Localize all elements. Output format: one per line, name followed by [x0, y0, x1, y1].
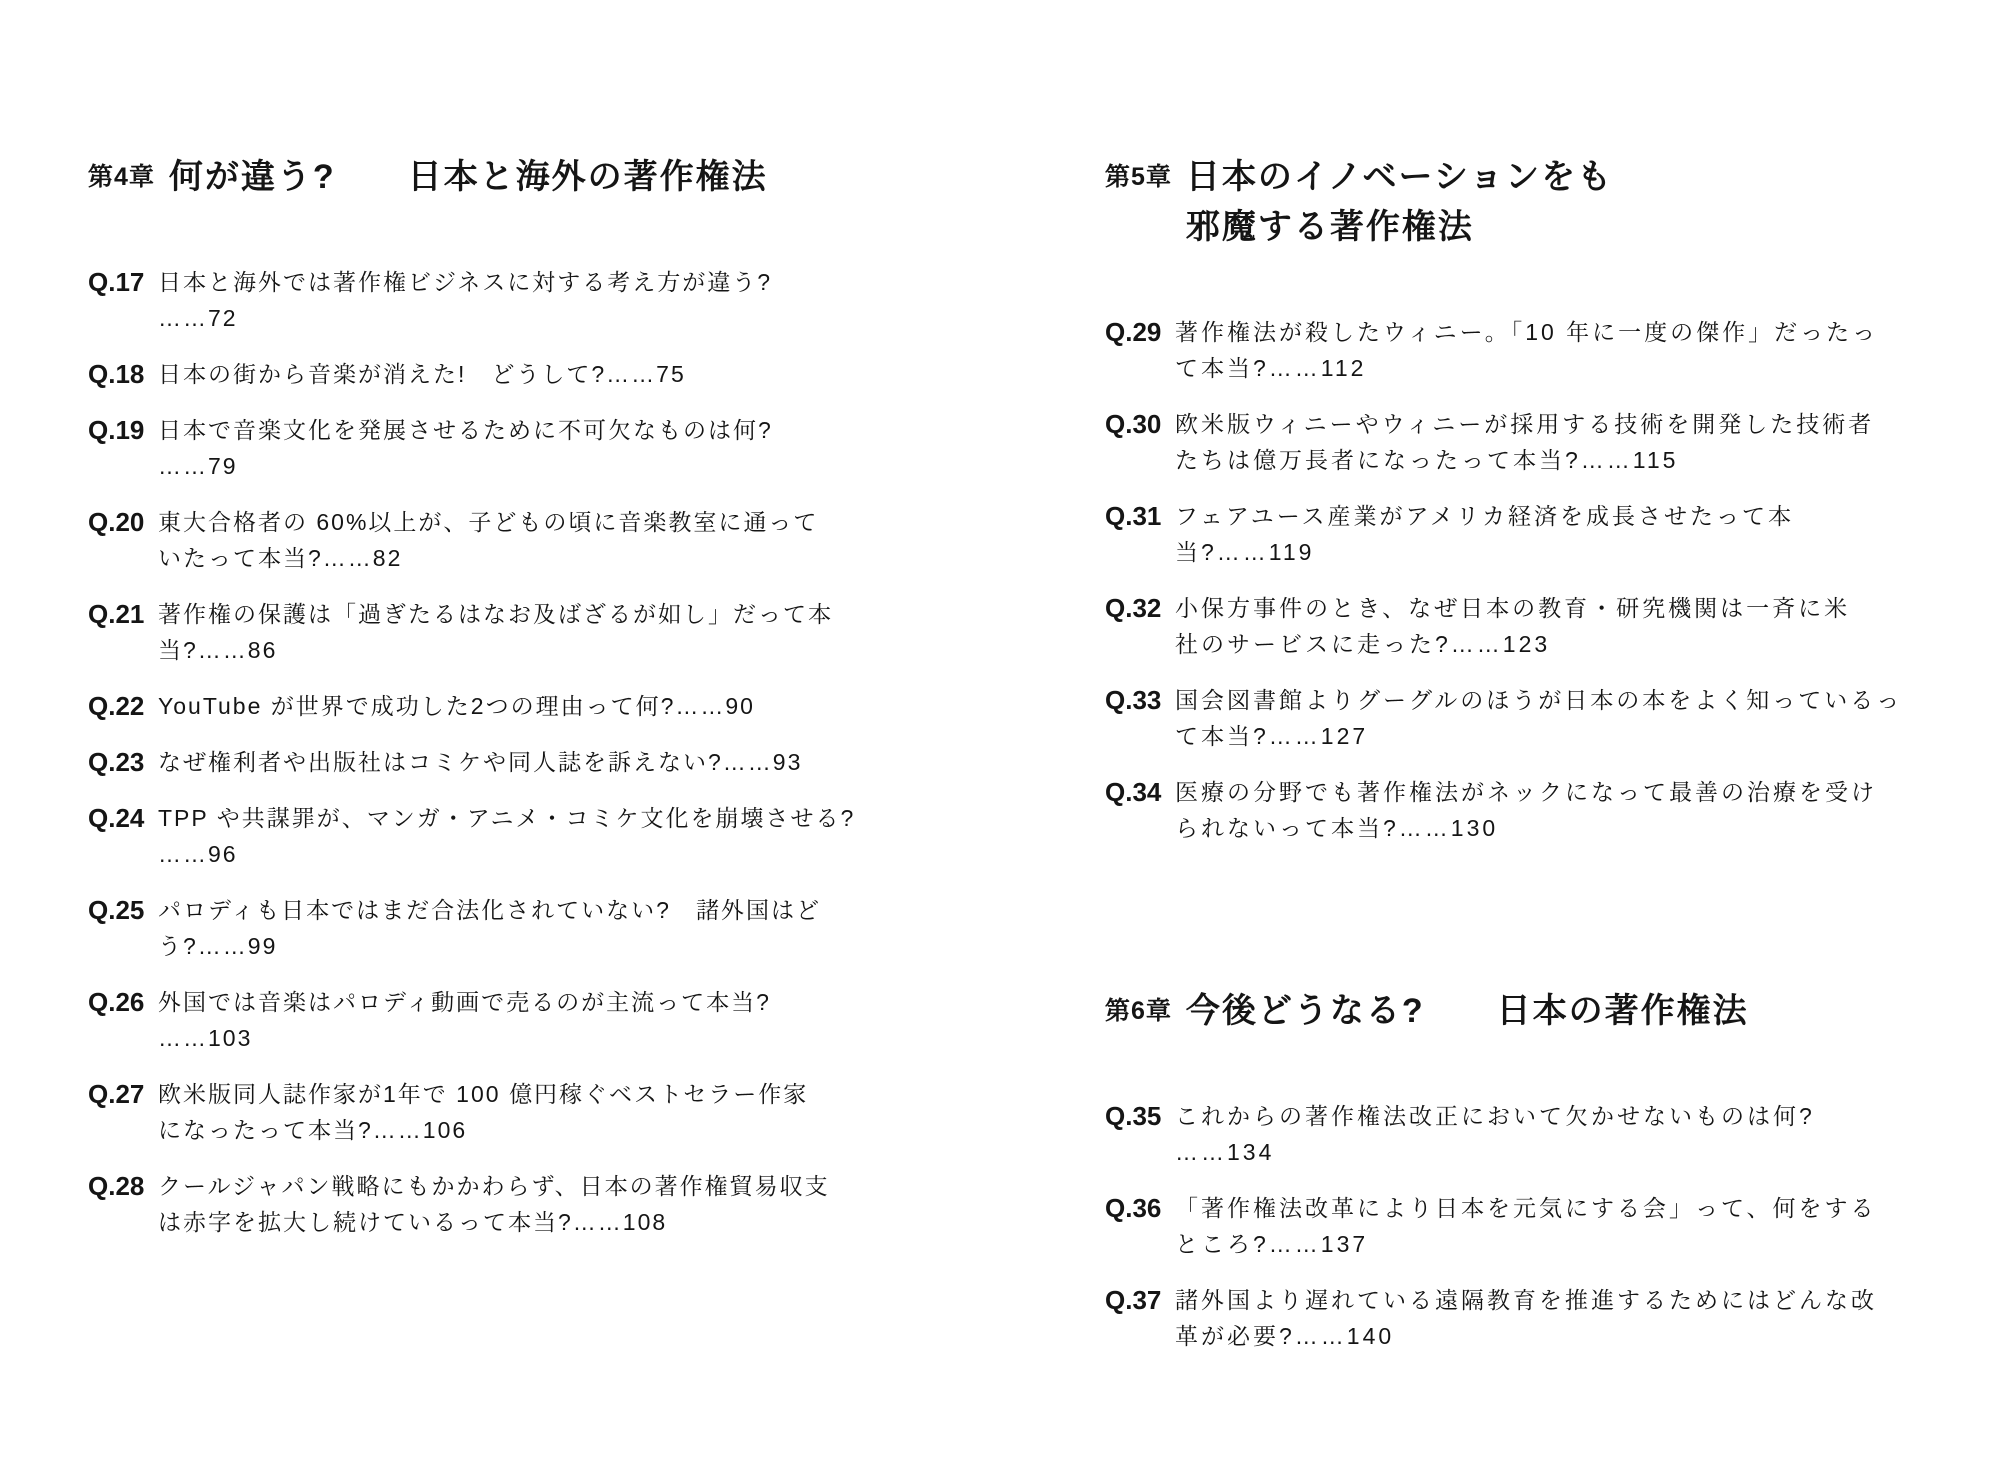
toc-entry-line: パロディも日本ではまだ合法化されていない? 諸外国はど	[158, 892, 821, 928]
toc-entry-text: なぜ権利者や出版社はコミケや同人誌を訴えない?……93	[158, 744, 802, 780]
toc-entry: Q.36「著作権法改革により日本を元気にする会」って、何をするところ?……137	[1105, 1190, 1985, 1262]
toc-entry: Q.21著作権の保護は「過ぎたるはなお及ばざるが如し」だって本当?……86	[88, 596, 948, 668]
toc-entry-line: られないって本当?……130	[1175, 810, 1877, 846]
toc-entry-line: 欧米版ウィニーやウィニーが採用する技術を開発した技術者	[1175, 406, 1874, 442]
toc-entry-number: Q.18	[88, 356, 158, 392]
toc-column-left: 第4章何が違う? 日本と海外の著作権法Q.17日本と海外では著作権ビジネスに対す…	[88, 152, 948, 1260]
chapter-title: 今後どうなる? 日本の著作権法	[1186, 986, 1749, 1036]
toc-entry-line: ところ?……137	[1175, 1226, 1877, 1262]
toc-entry-line: 著作権法が殺したウィニー。「10 年に一度の傑作」だったっ	[1175, 314, 1878, 350]
toc-entry-line: ……79	[158, 448, 773, 484]
toc-entry-number: Q.37	[1105, 1282, 1175, 1318]
chapter-title-line: 日本のイノベーションをも	[1186, 152, 1613, 202]
toc-entry-line: 国会図書館よりグーグルのほうが日本の本をよく知っているっ	[1175, 682, 1902, 718]
toc-entry-text: 外国では音楽はパロディ動画で売るのが主流って本当?……103	[158, 984, 771, 1056]
toc-entry-number: Q.21	[88, 596, 158, 632]
toc-entry-line: 社のサービスに走った?……123	[1175, 626, 1850, 662]
chapter-title-line: 邪魔する著作権法	[1186, 202, 1613, 252]
toc-entry: Q.24TPP や共謀罪が、マンガ・アニメ・コミケ文化を崩壊させる?……96	[88, 800, 948, 872]
chapter-heading: 第5章日本のイノベーションをも邪魔する著作権法	[1105, 152, 1985, 252]
toc-entry: Q.37諸外国より遅れている遠隔教育を推進するためにはどんな改革が必要?……14…	[1105, 1282, 1985, 1354]
chapter-title-line: 何が違う? 日本と海外の著作権法	[169, 152, 768, 202]
toc-entry-line: ……103	[158, 1020, 771, 1056]
toc-entry-text: 小保方事件のとき、なぜ日本の教育・研究機関は一斉に米社のサービスに走った?……1…	[1175, 590, 1850, 662]
toc-entry: Q.18日本の街から音楽が消えた! どうして?……75	[88, 356, 948, 392]
toc-entry-line: 医療の分野でも著作権法がネックになって最善の治療を受け	[1175, 774, 1877, 810]
toc-entry-line: う?……99	[158, 928, 821, 964]
toc-entry-line: 諸外国より遅れている遠隔教育を推進するためにはどんな改	[1175, 1282, 1877, 1318]
chapter-heading: 第4章何が違う? 日本と海外の著作権法	[88, 152, 948, 202]
toc-entry-number: Q.36	[1105, 1190, 1175, 1226]
toc-entry-number: Q.31	[1105, 498, 1175, 534]
chapter-label: 第4章	[88, 152, 155, 202]
toc-entry-line: 当?……119	[1175, 534, 1794, 570]
toc-entry-number: Q.32	[1105, 590, 1175, 626]
toc-entry-number: Q.34	[1105, 774, 1175, 810]
toc-entry-text: 日本で音楽文化を発展させるために不可欠なものは何?……79	[158, 412, 773, 484]
toc-entry-number: Q.24	[88, 800, 158, 836]
toc-entry: Q.26外国では音楽はパロディ動画で売るのが主流って本当?……103	[88, 984, 948, 1056]
toc-entry: Q.29著作権法が殺したウィニー。「10 年に一度の傑作」だったって本当?……1…	[1105, 314, 1985, 386]
toc-entry: Q.19日本で音楽文化を発展させるために不可欠なものは何?……79	[88, 412, 948, 484]
toc-entry-text: TPP や共謀罪が、マンガ・アニメ・コミケ文化を崩壊させる?……96	[158, 800, 855, 872]
toc-entry-line: 著作権の保護は「過ぎたるはなお及ばざるが如し」だって本	[158, 596, 833, 632]
toc-entry: Q.35これからの著作権法改正において欠かせないものは何?……134	[1105, 1098, 1985, 1170]
toc-entry-line: 日本と海外では著作権ビジネスに対する考え方が違う?	[158, 264, 772, 300]
toc-entry-number: Q.25	[88, 892, 158, 928]
toc-entry: Q.22YouTube が世界で成功した2つの理由って何?……90	[88, 688, 948, 724]
toc-entry-number: Q.26	[88, 984, 158, 1020]
toc-entry-text: フェアユース産業がアメリカ経済を成長させたって本当?……119	[1175, 498, 1794, 570]
toc-entry: Q.32小保方事件のとき、なぜ日本の教育・研究機関は一斉に米社のサービスに走った…	[1105, 590, 1985, 662]
toc-entry-line: たちは億万長者になったって本当?……115	[1175, 442, 1874, 478]
toc-entry: Q.31フェアユース産業がアメリカ経済を成長させたって本当?……119	[1105, 498, 1985, 570]
toc-entry-number: Q.20	[88, 504, 158, 540]
toc-column-right: 第5章日本のイノベーションをも邪魔する著作権法Q.29著作権法が殺したウィニー。…	[1105, 152, 1985, 1374]
toc-entry-text: 国会図書館よりグーグルのほうが日本の本をよく知っているって本当?……127	[1175, 682, 1902, 754]
toc-entry: Q.25パロディも日本ではまだ合法化されていない? 諸外国はどう?……99	[88, 892, 948, 964]
toc-entry-text: 日本と海外では著作権ビジネスに対する考え方が違う?……72	[158, 264, 772, 336]
toc-entry-line: TPP や共謀罪が、マンガ・アニメ・コミケ文化を崩壊させる?	[158, 800, 855, 836]
chapter-title-line: 今後どうなる? 日本の著作権法	[1186, 986, 1749, 1036]
toc-entry-line: 当?……86	[158, 632, 833, 668]
chapter-section: 第4章何が違う? 日本と海外の著作権法Q.17日本と海外では著作権ビジネスに対す…	[88, 152, 948, 1240]
toc-entry-line: 東大合格者の 60%以上が、子どもの頃に音楽教室に通って	[158, 504, 818, 540]
toc-entry-text: クールジャパン戦略にもかかわらず、日本の著作権貿易収支は赤字を拡大し続けているっ…	[158, 1168, 830, 1240]
toc-entry-text: 欧米版同人誌作家が1年で 100 億円稼ぐベストセラー作家になったって本当?………	[158, 1076, 808, 1148]
toc-entry-number: Q.22	[88, 688, 158, 724]
toc-entry-line: になったって本当?……106	[158, 1112, 808, 1148]
chapter-title: 日本のイノベーションをも邪魔する著作権法	[1186, 152, 1613, 252]
toc-entry-number: Q.28	[88, 1168, 158, 1204]
toc-entry-line: クールジャパン戦略にもかかわらず、日本の著作権貿易収支	[158, 1168, 830, 1204]
toc-entry-line: 「著作権法改革により日本を元気にする会」って、何をする	[1175, 1190, 1877, 1226]
toc-entry-number: Q.23	[88, 744, 158, 780]
toc-entry-number: Q.33	[1105, 682, 1175, 718]
toc-entry-line: 日本の街から音楽が消えた! どうして?……75	[158, 356, 686, 392]
toc-entry-line: ……134	[1175, 1134, 1815, 1170]
toc-entry-line: これからの著作権法改正において欠かせないものは何?	[1175, 1098, 1815, 1134]
toc-entry-text: 著作権法が殺したウィニー。「10 年に一度の傑作」だったって本当?……112	[1175, 314, 1878, 386]
chapter-heading: 第6章今後どうなる? 日本の著作権法	[1105, 986, 1985, 1036]
toc-entry-line: 外国では音楽はパロディ動画で売るのが主流って本当?	[158, 984, 771, 1020]
toc-entry-line: 欧米版同人誌作家が1年で 100 億円稼ぐベストセラー作家	[158, 1076, 808, 1112]
toc-entry-line: て本当?……112	[1175, 350, 1878, 386]
toc-entry-line: は赤字を拡大し続けているって本当?……108	[158, 1204, 830, 1240]
toc-entry: Q.30欧米版ウィニーやウィニーが採用する技術を開発した技術者たちは億万長者にな…	[1105, 406, 1985, 478]
toc-entry-line: いたって本当?……82	[158, 540, 818, 576]
toc-entry: Q.17日本と海外では著作権ビジネスに対する考え方が違う?……72	[88, 264, 948, 336]
toc-entry: Q.33国会図書館よりグーグルのほうが日本の本をよく知っているって本当?……12…	[1105, 682, 1985, 754]
toc-entry-text: YouTube が世界で成功した2つの理由って何?……90	[158, 688, 755, 724]
toc-entry-text: 「著作権法改革により日本を元気にする会」って、何をするところ?……137	[1175, 1190, 1877, 1262]
toc-entry-line: ……72	[158, 300, 772, 336]
toc-entry-line: なぜ権利者や出版社はコミケや同人誌を訴えない?……93	[158, 744, 802, 780]
toc-entry: Q.34医療の分野でも著作権法がネックになって最善の治療を受けられないって本当?…	[1105, 774, 1985, 846]
toc-entry-number: Q.27	[88, 1076, 158, 1112]
toc-entry: Q.28クールジャパン戦略にもかかわらず、日本の著作権貿易収支は赤字を拡大し続け…	[88, 1168, 948, 1240]
toc-entry-line: YouTube が世界で成功した2つの理由って何?……90	[158, 688, 755, 724]
toc-entry-text: 医療の分野でも著作権法がネックになって最善の治療を受けられないって本当?……13…	[1175, 774, 1877, 846]
toc-entry-text: 著作権の保護は「過ぎたるはなお及ばざるが如し」だって本当?……86	[158, 596, 833, 668]
chapter-section: 第5章日本のイノベーションをも邪魔する著作権法Q.29著作権法が殺したウィニー。…	[1105, 152, 1985, 846]
toc-entry-line: フェアユース産業がアメリカ経済を成長させたって本	[1175, 498, 1794, 534]
toc-entry-text: 東大合格者の 60%以上が、子どもの頃に音楽教室に通っていたって本当?……82	[158, 504, 818, 576]
toc-entry-text: 欧米版ウィニーやウィニーが採用する技術を開発した技術者たちは億万長者になったって…	[1175, 406, 1874, 478]
chapter-title: 何が違う? 日本と海外の著作権法	[169, 152, 768, 202]
toc-entry-text: 日本の街から音楽が消えた! どうして?……75	[158, 356, 686, 392]
toc-entry-line: 日本で音楽文化を発展させるために不可欠なものは何?	[158, 412, 773, 448]
toc-entry-line: ……96	[158, 836, 855, 872]
chapter-label: 第6章	[1105, 986, 1172, 1036]
toc-entry-line: 小保方事件のとき、なぜ日本の教育・研究機関は一斉に米	[1175, 590, 1850, 626]
toc-entry-number: Q.19	[88, 412, 158, 448]
toc-entry-number: Q.17	[88, 264, 158, 300]
toc-entry-text: これからの著作権法改正において欠かせないものは何?……134	[1175, 1098, 1815, 1170]
toc-entry: Q.23なぜ権利者や出版社はコミケや同人誌を訴えない?……93	[88, 744, 948, 780]
toc-entry: Q.20東大合格者の 60%以上が、子どもの頃に音楽教室に通っていたって本当?……	[88, 504, 948, 576]
toc-entry-number: Q.29	[1105, 314, 1175, 350]
toc-entry-line: 革が必要?……140	[1175, 1318, 1877, 1354]
toc-entry-text: パロディも日本ではまだ合法化されていない? 諸外国はどう?……99	[158, 892, 821, 964]
toc-entry: Q.27欧米版同人誌作家が1年で 100 億円稼ぐベストセラー作家になったって本…	[88, 1076, 948, 1148]
chapter-section: 第6章今後どうなる? 日本の著作権法Q.35これからの著作権法改正において欠かせ…	[1105, 986, 1985, 1354]
chapter-label: 第5章	[1105, 152, 1172, 202]
toc-entry-number: Q.35	[1105, 1098, 1175, 1134]
toc-entry-number: Q.30	[1105, 406, 1175, 442]
toc-entry-text: 諸外国より遅れている遠隔教育を推進するためにはどんな改革が必要?……140	[1175, 1282, 1877, 1354]
toc-entry-line: て本当?……127	[1175, 718, 1902, 754]
